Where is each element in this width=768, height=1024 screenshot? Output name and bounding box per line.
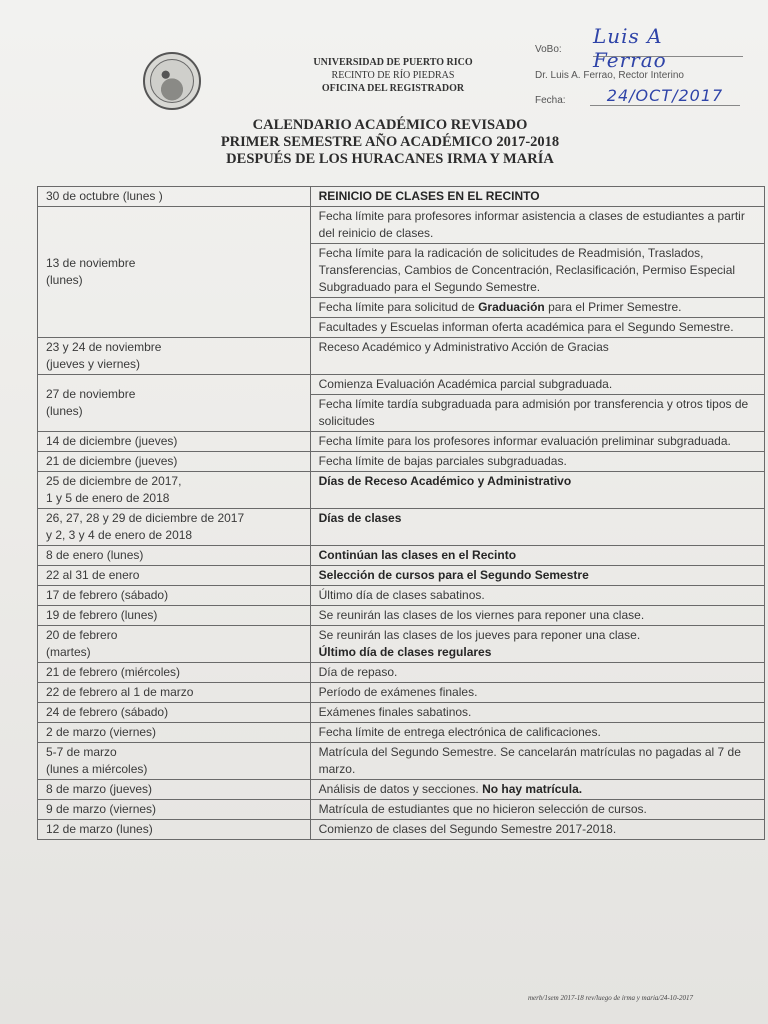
footer-reference: merb/1sem 2017-18 rev/luego de irma y ma… <box>528 994 693 1002</box>
event-text: Fecha límite de bajas parciales subgradu… <box>319 454 567 468</box>
event-cell: Matrícula de estudiantes que no hicieron… <box>310 800 764 820</box>
date-cell: 9 de marzo (viernes) <box>38 800 311 820</box>
event-text: para el Primer Semestre. <box>545 300 682 314</box>
vobo-label: VoBo: <box>535 44 562 55</box>
table-row: 25 de diciembre de 2017,1 y 5 de enero d… <box>38 472 765 509</box>
date-cell: 25 de diciembre de 2017,1 y 5 de enero d… <box>38 472 311 509</box>
date-text: 14 de diciembre (jueves) <box>46 433 304 450</box>
date-text: y 2, 3 y 4 de enero de 2018 <box>46 527 304 544</box>
date-text: 30 de octubre (lunes ) <box>46 188 304 205</box>
date-cell: 23 y 24 de noviembre(jueves y viernes) <box>38 338 311 375</box>
fecha-label: Fecha: <box>535 95 566 106</box>
event-text: Días de Receso Académico y Administrativ… <box>319 474 572 488</box>
event-cell: Fecha límite de bajas parciales subgradu… <box>310 452 764 472</box>
date-text: 21 de diciembre (jueves) <box>46 453 304 470</box>
date-cell: 21 de diciembre (jueves) <box>38 452 311 472</box>
date-text: 9 de marzo (viernes) <box>46 801 304 818</box>
event-text: Graduación <box>478 300 545 314</box>
title-line-3: DESPUÉS DE LOS HURACANES IRMA Y MARÍA <box>180 151 600 168</box>
event-text: Selección de cursos para el Segundo Seme… <box>319 568 589 582</box>
date-text: (martes) <box>46 644 304 661</box>
event-cell: Se reunirán las clases de los jueves par… <box>310 626 764 663</box>
event-cell: Análisis de datos y secciones. No hay ma… <box>310 780 764 800</box>
event-text: Facultades y Escuelas informan oferta ac… <box>319 320 734 334</box>
event-cell: Continúan las clases en el Recinto <box>310 546 764 566</box>
event-cell: Fecha límite para los profesores informa… <box>310 432 764 452</box>
event-cell: Fecha límite para profesores informar as… <box>310 207 764 244</box>
event-text: Día de repaso. <box>319 665 398 679</box>
event-cell: Día de repaso. <box>310 663 764 683</box>
signer-name: Dr. Luis A. Ferrao, Rector Interino <box>535 70 684 81</box>
date-text: (lunes) <box>46 403 304 420</box>
date-text: 26, 27, 28 y 29 de diciembre de 2017 <box>46 510 304 527</box>
date-text: (jueves y viernes) <box>46 356 304 373</box>
campus-name: RECINTO DE RÍO PIEDRAS <box>268 69 518 82</box>
event-text: Período de exámenes finales. <box>319 685 478 699</box>
document-title: CALENDARIO ACADÉMICO REVISADO PRIMER SEM… <box>180 117 600 168</box>
date-cell: 21 de febrero (miércoles) <box>38 663 311 683</box>
event-cell: Comienzo de clases del Segundo Semestre … <box>310 820 764 840</box>
event-text: Último día de clases regulares <box>319 645 492 659</box>
event-cell: REINICIO DE CLASES EN EL RECINTO <box>310 187 764 207</box>
event-text: Matrícula del Segundo Semestre. Se cance… <box>319 745 741 776</box>
event-cell: Se reunirán las clases de los viernes pa… <box>310 606 764 626</box>
table-row: 13 de noviembre(lunes)Fecha límite para … <box>38 207 765 244</box>
date-text: 1 y 5 de enero de 2018 <box>46 490 304 507</box>
event-text: Fecha límite tardía subgraduada para adm… <box>319 397 749 428</box>
table-row: 9 de marzo (viernes)Matrícula de estudia… <box>38 800 765 820</box>
date-cell: 13 de noviembre(lunes) <box>38 207 311 338</box>
date-text: 2 de marzo (viernes) <box>46 724 304 741</box>
table-row: 30 de octubre (lunes )REINICIO DE CLASES… <box>38 187 765 207</box>
signature: Luis A Ferrao <box>593 24 743 57</box>
table-row: 22 al 31 de eneroSelección de cursos par… <box>38 566 765 586</box>
event-cell: Matrícula del Segundo Semestre. Se cance… <box>310 743 764 780</box>
date-cell: 27 de noviembre(lunes) <box>38 375 311 432</box>
event-cell: Días de Receso Académico y Administrativ… <box>310 472 764 509</box>
event-text: No hay matrícula. <box>482 782 582 796</box>
table-row: 14 de diciembre (jueves)Fecha límite par… <box>38 432 765 452</box>
date-text: 8 de marzo (jueves) <box>46 781 304 798</box>
table-row: 27 de noviembre(lunes)Comienza Evaluació… <box>38 375 765 395</box>
date-cell: 2 de marzo (viernes) <box>38 723 311 743</box>
event-cell: Fecha límite para solicitud de Graduació… <box>310 298 764 318</box>
table-row: 21 de febrero (miércoles)Día de repaso. <box>38 663 765 683</box>
date-cell: 5-7 de marzo(lunes a miércoles) <box>38 743 311 780</box>
date-text: 21 de febrero (miércoles) <box>46 664 304 681</box>
event-text: Comienzo de clases del Segundo Semestre … <box>319 822 617 836</box>
date-text: (lunes) <box>46 272 304 289</box>
event-cell: Comienza Evaluación Académica parcial su… <box>310 375 764 395</box>
date-text: 25 de diciembre de 2017, <box>46 473 304 490</box>
title-line-2: PRIMER SEMESTRE AÑO ACADÉMICO 2017-2018 <box>180 134 600 151</box>
date-cell: 24 de febrero (sábado) <box>38 703 311 723</box>
date-text: 20 de febrero <box>46 627 304 644</box>
date-cell: 8 de marzo (jueves) <box>38 780 311 800</box>
event-cell: Selección de cursos para el Segundo Seme… <box>310 566 764 586</box>
date-cell: 17 de febrero (sábado) <box>38 586 311 606</box>
event-text: Fecha límite para solicitud de <box>319 300 478 314</box>
date-text: 23 y 24 de noviembre <box>46 339 304 356</box>
table-row: 22 de febrero al 1 de marzoPeríodo de ex… <box>38 683 765 703</box>
event-text: Fecha límite para profesores informar as… <box>319 209 745 240</box>
date-text: 24 de febrero (sábado) <box>46 704 304 721</box>
event-cell: Fecha límite de entrega electrónica de c… <box>310 723 764 743</box>
table-row: 2 de marzo (viernes)Fecha límite de entr… <box>38 723 765 743</box>
event-cell: Facultades y Escuelas informan oferta ac… <box>310 318 764 338</box>
office-name: OFICINA DEL REGISTRADOR <box>268 82 518 95</box>
institution-header: UNIVERSIDAD DE PUERTO RICO RECINTO DE RÍ… <box>268 56 518 95</box>
table-row: 26, 27, 28 y 29 de diciembre de 2017y 2,… <box>38 509 765 546</box>
date-cell: 8 de enero (lunes) <box>38 546 311 566</box>
table-row: 23 y 24 de noviembre(jueves y viernes)Re… <box>38 338 765 375</box>
date-text: (lunes a miércoles) <box>46 761 304 778</box>
date-cell: 30 de octubre (lunes ) <box>38 187 311 207</box>
event-text: Fecha límite para los profesores informa… <box>319 434 731 448</box>
date-cell: 20 de febrero(martes) <box>38 626 311 663</box>
table-row: 12 de marzo (lunes)Comienzo de clases de… <box>38 820 765 840</box>
date-text: 5-7 de marzo <box>46 744 304 761</box>
table-row: 8 de marzo (jueves)Análisis de datos y s… <box>38 780 765 800</box>
institution-name: UNIVERSIDAD DE PUERTO RICO <box>268 56 518 69</box>
date-text: 12 de marzo (lunes) <box>46 821 304 838</box>
event-text: Comienza Evaluación Académica parcial su… <box>319 377 613 391</box>
event-text: Días de clases <box>319 511 402 525</box>
table-row: 19 de febrero (lunes)Se reunirán las cla… <box>38 606 765 626</box>
table-row: 5-7 de marzo(lunes a miércoles)Matrícula… <box>38 743 765 780</box>
event-text: Fecha límite de entrega electrónica de c… <box>319 725 601 739</box>
event-text: Matrícula de estudiantes que no hicieron… <box>319 802 647 816</box>
event-cell: Exámenes finales sabatinos. <box>310 703 764 723</box>
event-text: Se reunirán las clases de los viernes pa… <box>319 608 645 622</box>
event-cell: Período de exámenes finales. <box>310 683 764 703</box>
event-cell: Receso Académico y Administrativo Acción… <box>310 338 764 375</box>
date-cell: 14 de diciembre (jueves) <box>38 432 311 452</box>
table-row: 21 de diciembre (jueves)Fecha límite de … <box>38 452 765 472</box>
date-text: 13 de noviembre <box>46 255 304 272</box>
event-text: Receso Académico y Administrativo Acción… <box>319 340 609 354</box>
event-text: Exámenes finales sabatinos. <box>319 705 472 719</box>
university-seal-icon <box>143 52 201 110</box>
event-text: REINICIO DE CLASES EN EL RECINTO <box>319 189 540 203</box>
title-line-1: CALENDARIO ACADÉMICO REVISADO <box>180 117 600 134</box>
event-text: Fecha límite para la radicación de solic… <box>319 246 735 294</box>
table-row: 17 de febrero (sábado)Último día de clas… <box>38 586 765 606</box>
date-cell: 22 al 31 de enero <box>38 566 311 586</box>
date-cell: 12 de marzo (lunes) <box>38 820 311 840</box>
date-text: 19 de febrero (lunes) <box>46 607 304 624</box>
date-text: 8 de enero (lunes) <box>46 547 304 564</box>
event-cell: Fecha límite para la radicación de solic… <box>310 244 764 298</box>
event-text: Análisis de datos y secciones. <box>319 782 482 796</box>
event-text: Último día de clases sabatinos. <box>319 588 485 602</box>
event-cell: Fecha límite tardía subgraduada para adm… <box>310 395 764 432</box>
event-text: Continúan las clases en el Recinto <box>319 548 516 562</box>
fecha-value: 24/OCT/2017 <box>590 86 740 106</box>
table-row: 24 de febrero (sábado)Exámenes finales s… <box>38 703 765 723</box>
table-row: 20 de febrero(martes)Se reunirán las cla… <box>38 626 765 663</box>
date-text: 22 al 31 de enero <box>46 567 304 584</box>
date-cell: 22 de febrero al 1 de marzo <box>38 683 311 703</box>
date-cell: 19 de febrero (lunes) <box>38 606 311 626</box>
date-text: 22 de febrero al 1 de marzo <box>46 684 304 701</box>
calendar-table: 30 de octubre (lunes )REINICIO DE CLASES… <box>37 186 765 840</box>
event-cell: Último día de clases sabatinos. <box>310 586 764 606</box>
event-cell: Días de clases <box>310 509 764 546</box>
table-row: 8 de enero (lunes)Continúan las clases e… <box>38 546 765 566</box>
event-text: Se reunirán las clases de los jueves par… <box>319 628 641 642</box>
date-text: 17 de febrero (sábado) <box>46 587 304 604</box>
date-cell: 26, 27, 28 y 29 de diciembre de 2017y 2,… <box>38 509 311 546</box>
date-text: 27 de noviembre <box>46 386 304 403</box>
